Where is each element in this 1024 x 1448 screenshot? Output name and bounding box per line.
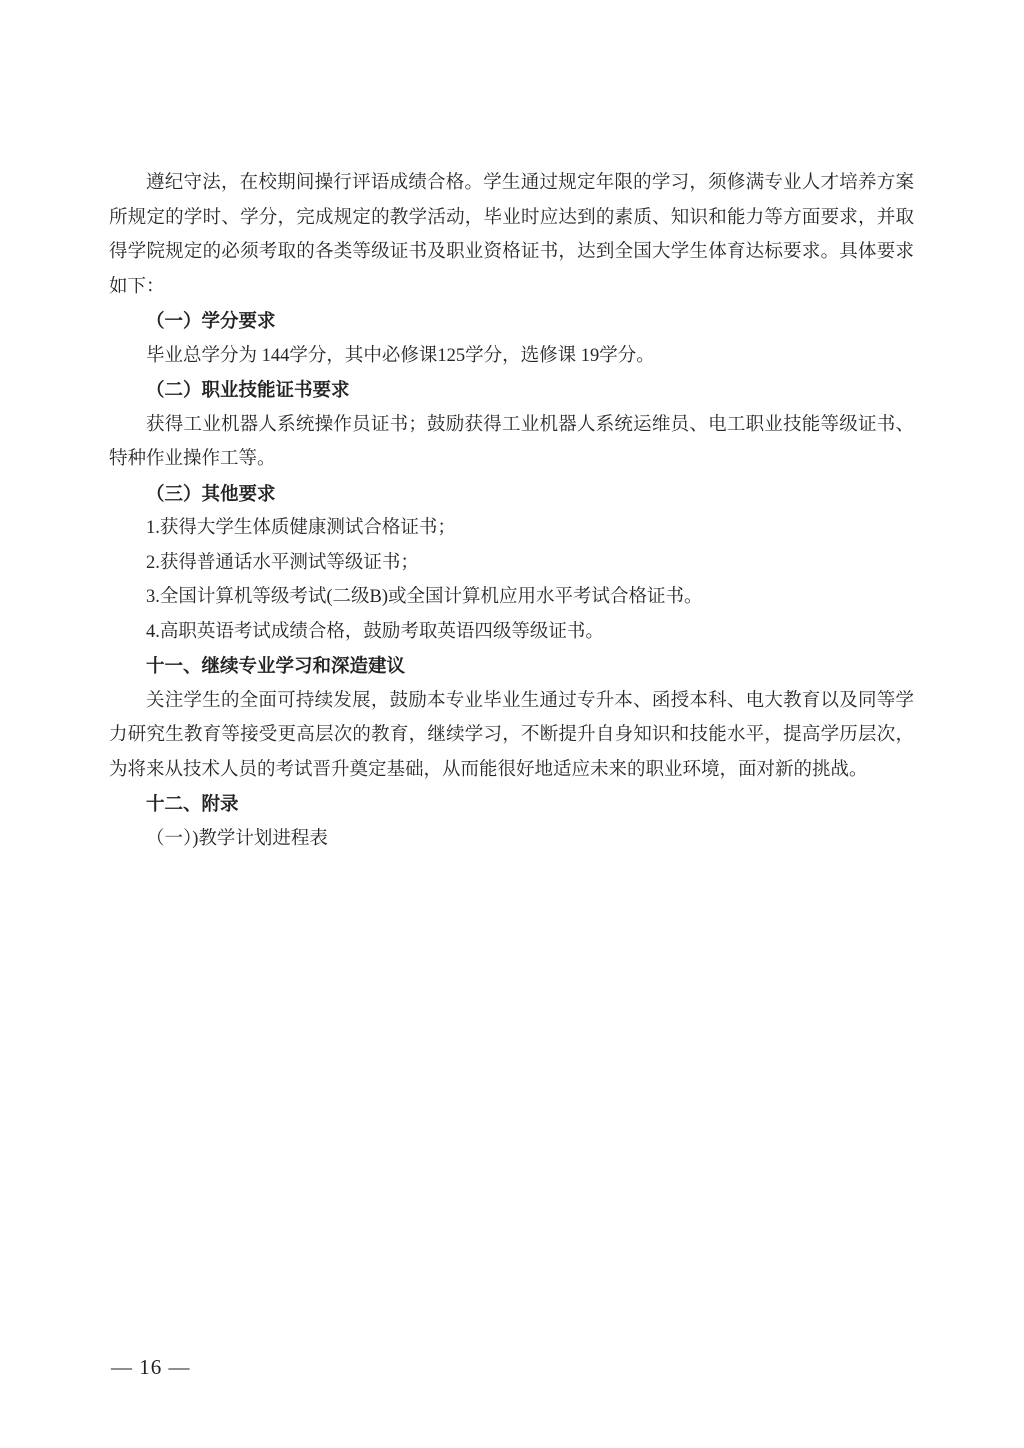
document-page: 遵纪守法，在校期间操行评语成绩合格。学生通过规定年限的学习，须修满专业人才培养方… bbox=[0, 0, 1024, 1448]
section-heading: （一）学分要求 bbox=[109, 304, 914, 339]
document-body: 遵纪守法，在校期间操行评语成绩合格。学生通过规定年限的学习，须修满专业人才培养方… bbox=[109, 166, 914, 856]
page-number: — 16 — bbox=[111, 1355, 191, 1379]
paragraph: 关注学生的全面可持续发展，鼓励本专业毕业生通过专升本、函授本科、电大教育以及同等… bbox=[109, 684, 914, 788]
paragraph: 获得工业机器人系统操作员证书；鼓励获得工业机器人系统运维员、电工职业技能等级证书… bbox=[109, 408, 914, 477]
section-heading: 十一、继续专业学习和深造建议 bbox=[109, 649, 914, 684]
paragraph: 1.获得大学生体质健康测试合格证书； bbox=[109, 511, 914, 546]
section-heading: （二）职业技能证书要求 bbox=[109, 373, 914, 408]
paragraph: （一）)教学计划进程表 bbox=[109, 822, 914, 857]
paragraph: 4.高职英语考试成绩合格，鼓励考取英语四级等级证书。 bbox=[109, 615, 914, 650]
paragraph: 毕业总学分为 144学分，其中必修课125学分，选修课 19学分。 bbox=[109, 339, 914, 374]
paragraph: 3.全国计算机等级考试(二级B)或全国计算机应用水平考试合格证书。 bbox=[109, 580, 914, 615]
paragraph: 遵纪守法，在校期间操行评语成绩合格。学生通过规定年限的学习，须修满专业人才培养方… bbox=[109, 166, 914, 304]
paragraph: 2.获得普通话水平测试等级证书； bbox=[109, 546, 914, 581]
section-heading: （三）其他要求 bbox=[109, 477, 914, 512]
section-heading: 十二、附录 bbox=[109, 787, 914, 822]
